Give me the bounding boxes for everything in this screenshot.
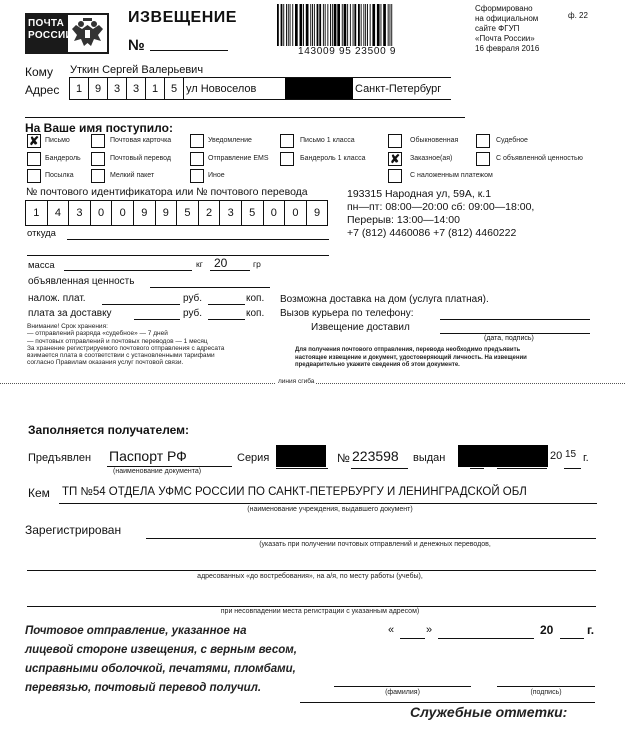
- checkbox[interactable]: [388, 134, 402, 148]
- note-line: настоящее извещение и документ, удостове…: [295, 355, 527, 363]
- formed-date: 16 февраля 2016: [475, 44, 539, 54]
- note-line: предварительно укажите сведения об этом …: [295, 362, 527, 370]
- issued-by-label: Кем: [28, 486, 50, 500]
- checkbox-label: Бандероль 1 класса: [300, 155, 366, 162]
- tracking-digit[interactable]: 9: [306, 201, 328, 225]
- delivery-note: Для получения почтового отправления, пер…: [295, 347, 527, 370]
- date-sign-caption: (дата, подпись): [484, 335, 534, 342]
- issued-by-field[interactable]: [59, 503, 597, 504]
- registered-label: Зарегистрирован: [25, 523, 121, 537]
- checkbox[interactable]: [190, 152, 204, 166]
- checkbox[interactable]: [27, 152, 41, 166]
- checkbox-label: Уведомление: [208, 137, 252, 144]
- logo-line-2: РОССИИ: [28, 30, 73, 42]
- receipt-year-label: г.: [587, 623, 594, 637]
- document-caption: (наименование документа): [113, 468, 201, 475]
- notice-line: согласно Правилам оказания услуг почтово…: [27, 359, 224, 366]
- notice-number-label: №: [128, 37, 145, 54]
- checkbox[interactable]: [280, 152, 294, 166]
- tracking-digit[interactable]: 9: [155, 201, 177, 225]
- tracking-digit[interactable]: 0: [263, 201, 285, 225]
- checkbox-label: Судебное: [496, 137, 528, 144]
- from-field-line-2[interactable]: [27, 255, 329, 256]
- from-field[interactable]: [67, 239, 329, 240]
- surname-field[interactable]: [334, 686, 471, 687]
- signature-caption: (подпись): [497, 689, 595, 696]
- zip-digit[interactable]: 1: [69, 78, 88, 99]
- office-address: 193315 Народная ул, 59А, к.1: [347, 188, 534, 201]
- checkbox[interactable]: [476, 152, 490, 166]
- checkbox-label: Отправление EMS: [208, 155, 269, 162]
- registration-caption-1: (указать при получении почтовых отправле…: [210, 541, 540, 548]
- zip-digit[interactable]: 1: [145, 78, 164, 99]
- redacted-series: [276, 445, 326, 467]
- weight-grams-value[interactable]: 20: [214, 256, 227, 270]
- address-line-2[interactable]: [25, 117, 465, 118]
- tracking-digit[interactable]: 3: [219, 201, 241, 225]
- storage-notice: Внимание! Срок хранения: — отправлений р…: [27, 323, 224, 367]
- cod-kop-field[interactable]: [208, 304, 245, 305]
- signature-field[interactable]: [497, 686, 595, 687]
- zip-digit[interactable]: 5: [164, 78, 183, 99]
- issue-year[interactable]: 15: [565, 449, 576, 460]
- registration-field-line-3[interactable]: [27, 606, 596, 607]
- checkbox[interactable]: [91, 134, 105, 148]
- from-label: откуда: [27, 228, 56, 239]
- courier-label: Вызов курьера по телефону:: [280, 308, 414, 319]
- fold-line-label: линия сгиба: [276, 378, 316, 385]
- post-office-info: 193315 Народная ул, 59А, к.1 пн—пт: 08:0…: [347, 188, 534, 240]
- registration-field-line-2[interactable]: [27, 570, 596, 571]
- checkbox[interactable]: [91, 152, 105, 166]
- checkbox-label: С объявленной ценностью: [496, 155, 583, 162]
- service-divider: [300, 702, 595, 703]
- checkbox-label: Письмо: [45, 137, 70, 144]
- address-field[interactable]: 1 9 3 3 1 5 ул Новоселов Санкт-Петербург: [69, 77, 451, 100]
- checkbox[interactable]: [190, 169, 204, 183]
- document-number[interactable]: 223598: [352, 448, 399, 464]
- tracking-digit[interactable]: 9: [133, 201, 155, 225]
- issued-by-caption: (наименование учреждения, выдавшего доку…: [180, 506, 480, 513]
- checkbox-label: Мелкий пакет: [110, 172, 154, 179]
- quote-open: «: [388, 624, 394, 636]
- formed-line: на официальном: [475, 14, 539, 24]
- tracking-digit[interactable]: 3: [68, 201, 90, 225]
- checkbox-label: Почтовый перевод: [110, 155, 171, 162]
- barcode-number: 143009 95 23500 9: [298, 46, 396, 57]
- barcode: [277, 4, 457, 46]
- kg-label: кг: [196, 259, 203, 269]
- checkbox-label: Обыкновенная: [410, 137, 458, 144]
- zip-digit[interactable]: 3: [107, 78, 126, 99]
- redacted-block: [285, 78, 353, 99]
- tracking-digit[interactable]: 4: [47, 201, 69, 225]
- year-prefix: 20: [550, 450, 562, 462]
- statement-line: перевязью, почтовый перевод получил.: [25, 679, 297, 698]
- delivery-fee-rub-field[interactable]: [134, 319, 180, 320]
- checkbox-label: Бандероль: [45, 155, 81, 162]
- checkbox-label: Письмо 1 класса: [300, 137, 355, 144]
- tracking-digit[interactable]: 5: [241, 201, 263, 225]
- statement-line: лицевой стороне извещения, с верным весо…: [25, 641, 297, 660]
- zip-digit[interactable]: 9: [88, 78, 107, 99]
- statement-line: исправными оболочкой, печатями, пломбами…: [25, 660, 297, 679]
- check-mark-icon: ✘: [29, 134, 39, 148]
- checkbox[interactable]: [27, 169, 41, 183]
- issue-day-field[interactable]: [470, 468, 484, 469]
- cod-label: налож. плат.: [28, 293, 86, 304]
- tracking-digit[interactable]: 5: [176, 201, 198, 225]
- form-code: ф. 22: [568, 11, 588, 20]
- office-break: Перерыв: 13:00—14:00: [347, 214, 534, 227]
- cod-rub-field[interactable]: [102, 304, 180, 305]
- year-label: г.: [583, 452, 589, 464]
- redacted-issue-date: [458, 445, 548, 467]
- document-number-field[interactable]: [351, 468, 408, 469]
- zip-digit[interactable]: 3: [126, 78, 145, 99]
- recipient-section-title: Заполняется получателем:: [28, 423, 189, 437]
- tracking-number-field[interactable]: 1 4 3 0 0 9 9 5 2 3 5 0 0 9: [25, 200, 328, 226]
- receipt-year-prefix: 20: [540, 623, 553, 637]
- receipt-statement: Почтовое отправление, указанное на лицев…: [25, 622, 297, 698]
- rub-label: руб.: [183, 293, 202, 304]
- checkbox[interactable]: [91, 169, 105, 183]
- checkbox-label: Заказное(ая): [410, 155, 452, 162]
- receipt-year-field[interactable]: [560, 638, 584, 639]
- checkbox-label: С наложенным платежом: [410, 172, 493, 179]
- series-label: Серия: [237, 452, 269, 464]
- weight-grams-field[interactable]: [210, 270, 250, 271]
- receipt-day-field[interactable]: [400, 638, 425, 639]
- registration-caption-2: адресованных «до востребования», на а/я,…: [140, 573, 480, 580]
- tracking-digit[interactable]: 0: [111, 201, 133, 225]
- checkbox[interactable]: ✘: [388, 152, 402, 166]
- issue-month-field[interactable]: [497, 468, 547, 469]
- weight-label: масса: [28, 260, 55, 271]
- registration-field[interactable]: [146, 538, 596, 539]
- issued-by-value[interactable]: ТП №54 ОТДЕЛА УФМС РОССИИ ПО САНКТ-ПЕТЕР…: [62, 486, 527, 498]
- statement-line: Почтовое отправление, указанное на: [25, 622, 297, 641]
- doc-number-label: №: [337, 451, 350, 465]
- weight-kg-field[interactable]: [64, 270, 192, 271]
- checkbox-label: Посылка: [45, 172, 74, 179]
- kop-label: коп.: [246, 293, 264, 304]
- receipt-month-field[interactable]: [438, 638, 534, 639]
- formed-line: сайте ФГУП: [475, 24, 539, 34]
- grams-label: гр: [253, 259, 261, 269]
- declared-value-field[interactable]: [150, 287, 270, 288]
- presented-label: Предъявлен: [28, 452, 91, 464]
- checkbox-label: Иное: [208, 172, 225, 179]
- tracking-digit[interactable]: 1: [25, 201, 47, 225]
- note-line: Для получения почтового отправления, пер…: [295, 347, 527, 355]
- recipient-name[interactable]: Уткин Сергей Валерьевич: [70, 64, 203, 76]
- tracking-digit[interactable]: 0: [90, 201, 112, 225]
- checkbox[interactable]: [190, 134, 204, 148]
- check-mark-icon: ✘: [390, 152, 400, 166]
- kop-label: коп.: [246, 308, 264, 319]
- home-delivery-note: Возможна доставка на дом (услуга платная…: [280, 294, 489, 305]
- address-city[interactable]: Санкт-Петербург: [353, 78, 441, 99]
- notice-title: ИЗВЕЩЕНИЕ: [128, 9, 237, 27]
- service-marks-title: Служебные отметки:: [410, 704, 567, 720]
- formed-line: Сформировано: [475, 4, 539, 14]
- surname-caption: (фамилия): [334, 689, 471, 696]
- office-phones: +7 (812) 4460086 +7 (812) 4460222: [347, 227, 534, 240]
- checkbox[interactable]: [388, 169, 402, 183]
- delivered-label: Извещение доставил: [311, 322, 410, 333]
- logo-line-1: ПОЧТА: [28, 18, 73, 30]
- notice-line: — почтовых отправлений и почтовых перево…: [27, 338, 224, 345]
- checkbox[interactable]: ✘: [27, 134, 41, 148]
- formed-line: «Почта России»: [475, 34, 539, 44]
- notice-number-field[interactable]: [150, 50, 228, 51]
- checkbox-label: Почтовая карточка: [110, 137, 171, 144]
- received-title: На Ваше имя поступило:: [25, 121, 173, 135]
- issue-year-field[interactable]: [564, 468, 581, 469]
- document-name-field[interactable]: [107, 466, 232, 467]
- address-label: Адрес: [25, 83, 59, 97]
- formed-on-site-note: Сформировано на официальном сайте ФГУП «…: [475, 4, 539, 54]
- delivery-fee-kop-field[interactable]: [208, 319, 245, 320]
- delivery-fee-label: плата за доставку: [28, 308, 112, 319]
- registration-caption-3: при несовпадении места регистрации с ука…: [160, 608, 480, 615]
- to-label: Кому: [25, 65, 53, 79]
- rub-label: руб.: [183, 308, 202, 319]
- tracking-label: № почтового идентификатора или № почтово…: [26, 186, 308, 198]
- declared-value-label: объявленная ценность: [28, 276, 134, 287]
- tracking-digit[interactable]: 2: [198, 201, 220, 225]
- courier-phone-field[interactable]: [440, 319, 590, 320]
- notice-line: За хранение регистрируемого почтового от…: [27, 345, 224, 352]
- checkbox[interactable]: [280, 134, 294, 148]
- quote-close: »: [426, 624, 432, 636]
- delivered-by-field[interactable]: [440, 333, 590, 334]
- checkbox[interactable]: [476, 134, 490, 148]
- tracking-digit[interactable]: 0: [284, 201, 306, 225]
- address-street[interactable]: ул Новоселов: [183, 78, 285, 99]
- logo-text: ПОЧТА РОССИИ: [28, 18, 73, 42]
- office-hours: пн—пт: 08:00—20:00 сб: 09:00—18:00,: [347, 201, 534, 214]
- document-name[interactable]: Паспорт РФ: [109, 448, 187, 464]
- series-field[interactable]: [276, 468, 328, 469]
- notice-line: — отправлений разряда «судебное» — 7 дне…: [27, 330, 224, 337]
- double-headed-eagle-icon: [68, 15, 107, 52]
- issued-label: выдан: [413, 452, 445, 464]
